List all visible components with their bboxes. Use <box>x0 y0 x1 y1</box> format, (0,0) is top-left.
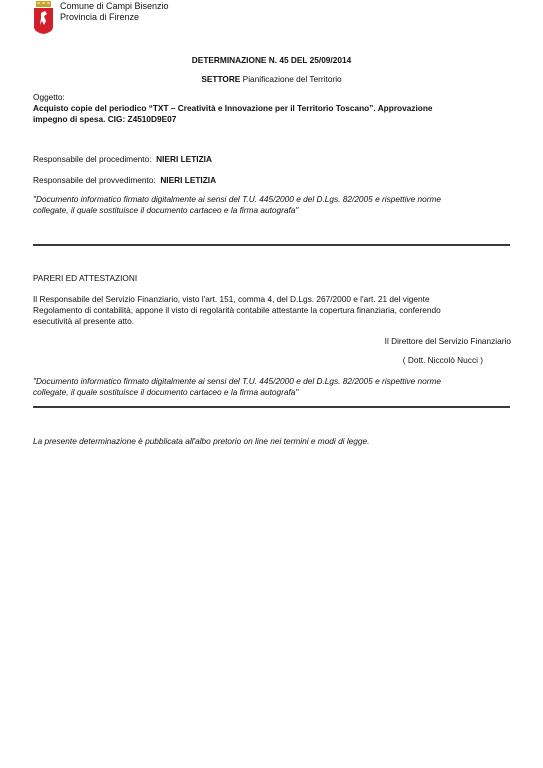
director-title: Il Direttore del Servizio Finanziario <box>300 336 511 346</box>
section-divider <box>33 244 510 246</box>
subject-label: Oggetto: <box>33 92 65 103</box>
signature-note-2-line-2: collegate, il quale sostituisce il docum… <box>33 387 298 398</box>
organization-header: Comune di Campi Bisenzio Provincia di Fi… <box>60 1 169 23</box>
sector-label: SETTORE <box>201 74 240 84</box>
responsabile-name: NIERI LETIZIA <box>156 154 212 164</box>
responsabile-provvedimento: Responsabile del provvedimento: NIERI LE… <box>33 175 216 186</box>
signature-note-2-line-1: "Documento informatico firmato digitalme… <box>33 376 441 387</box>
publication-note: La presente determinazione è pubblicata … <box>33 436 369 447</box>
section-divider <box>33 406 510 408</box>
subject-line-1: Acquisto copie del periodico “TXT – Crea… <box>33 103 433 114</box>
responsabile-name: NIERI LETIZIA <box>160 175 216 185</box>
document-title: DETERMINAZIONE N. 45 DEL 25/09/2014 <box>0 55 543 65</box>
responsabile-label: Responsabile del procedimento: <box>33 154 152 164</box>
signature-note-1-line-2: collegate, il quale sostituisce il docum… <box>33 205 298 216</box>
pareri-heading: PARERI ED ATTESTAZIONI <box>33 273 137 284</box>
province-name: Provincia di Firenze <box>60 12 169 23</box>
signature-note-1-line-1: "Documento informatico firmato digitalme… <box>33 194 441 205</box>
responsabile-procedimento: Responsabile del procedimento: NIERI LET… <box>33 154 212 165</box>
sector-value: Pianificazione del Territorio <box>243 74 342 84</box>
municipality-name: Comune di Campi Bisenzio <box>60 1 169 12</box>
sector-line: SETTORE Pianificazione del Territorio <box>0 74 543 84</box>
pareri-line-1: Il Responsabile del Servizio Finanziario… <box>33 294 430 305</box>
coat-of-arms-icon <box>33 1 54 34</box>
pareri-line-3: esecutività al presente atto. <box>33 316 134 327</box>
director-name: ( Dott. Niccolò Nucci ) <box>300 355 483 365</box>
responsabile-label: Responsabile del provvedimento: <box>33 175 156 185</box>
pareri-line-2: Regolamento di contabilità, appone il vi… <box>33 305 441 316</box>
subject-line-2: impegno di spesa. CIG: Z4510D9E07 <box>33 114 176 125</box>
